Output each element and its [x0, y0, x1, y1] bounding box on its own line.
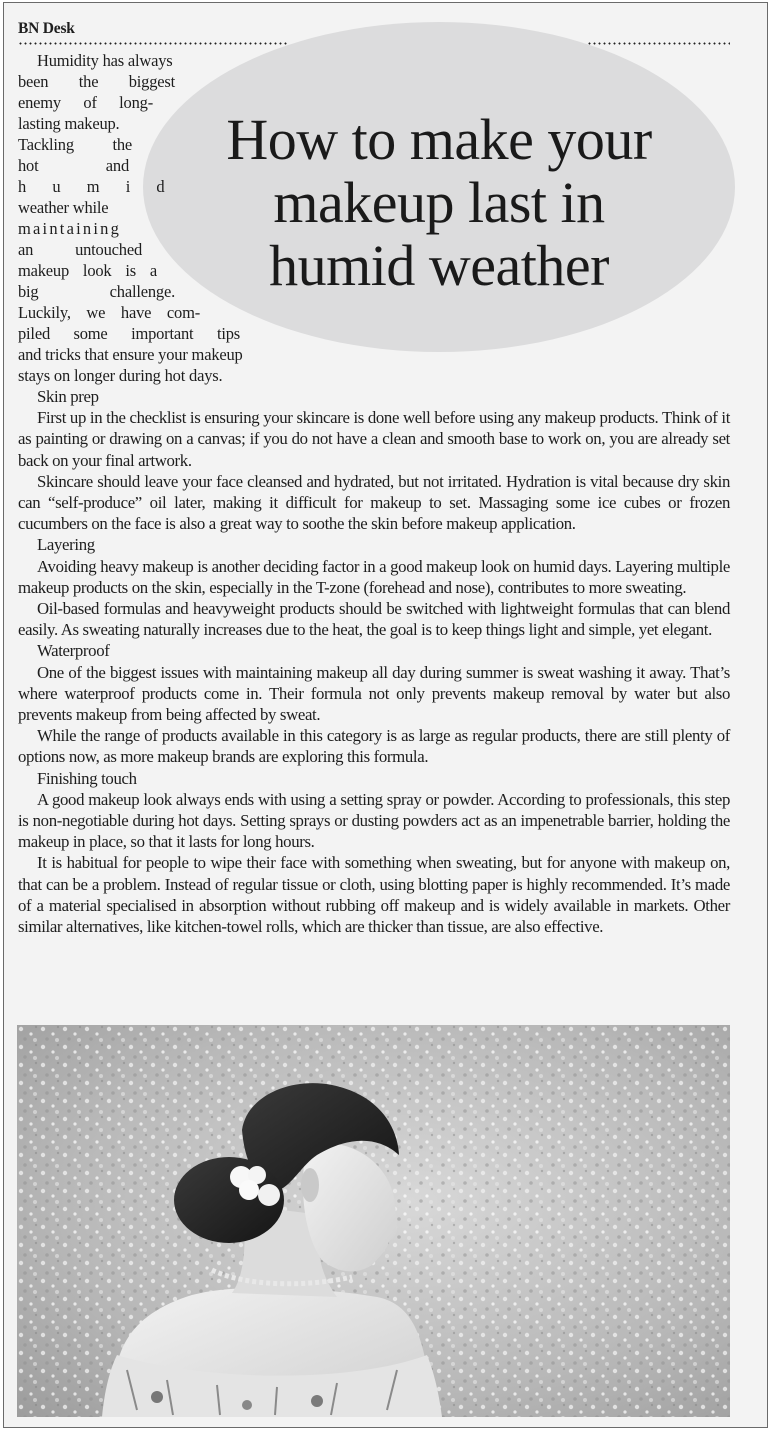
byline: BN Desk	[18, 20, 75, 38]
paragraph: First up in the checklist is ensuring yo…	[18, 407, 730, 471]
article-body: Skin prep First up in the checklist is e…	[18, 386, 730, 937]
section-heading: Finishing touch	[18, 768, 730, 789]
dotted-divider-left	[18, 42, 288, 45]
woman-profile-image	[17, 1025, 730, 1417]
intro-line: Humidity has always	[18, 50, 201, 71]
intro-line: hot and	[18, 155, 129, 176]
dotted-divider-right	[587, 42, 730, 45]
intro-line: piled some important tips	[18, 323, 240, 344]
section-heading: Skin prep	[18, 386, 730, 407]
intro-line: weather while	[18, 197, 130, 218]
section-heading: Waterproof	[18, 640, 730, 661]
intro-line: h u m i d	[18, 176, 127, 197]
paragraph: A good makeup look always ends with usin…	[18, 789, 730, 853]
intro-line: makeup look is a	[18, 260, 157, 281]
article-photo	[17, 1025, 730, 1417]
paragraph: Oil-based formulas and heavyweight produ…	[18, 598, 730, 640]
intro-line: been the biggest	[18, 71, 175, 92]
intro-line: and tricks that ensure your makeup	[18, 344, 296, 365]
intro-line: Luckily, we have com-	[18, 302, 200, 323]
intro-line: Tackling the	[18, 134, 132, 155]
paragraph: Skincare should leave your face cleansed…	[18, 471, 730, 535]
intro-line: big challenge.	[18, 281, 175, 302]
intro-line: stays on longer during hot days.	[18, 365, 278, 386]
intro-line: an untouched	[18, 239, 142, 260]
intro-paragraph: Humidity has always been the biggest ene…	[18, 50, 296, 386]
paragraph: While the range of products available in…	[18, 725, 730, 767]
paragraph: It is habitual for people to wipe their …	[18, 852, 730, 937]
intro-line: lasting makeup.	[18, 113, 138, 134]
section-heading: Layering	[18, 534, 730, 555]
intro-line: maintaining	[18, 218, 133, 239]
paragraph: Avoiding heavy makeup is another decidin…	[18, 556, 730, 598]
intro-line: enemy of long-	[18, 92, 153, 113]
paragraph: One of the biggest issues with maintaini…	[18, 662, 730, 726]
